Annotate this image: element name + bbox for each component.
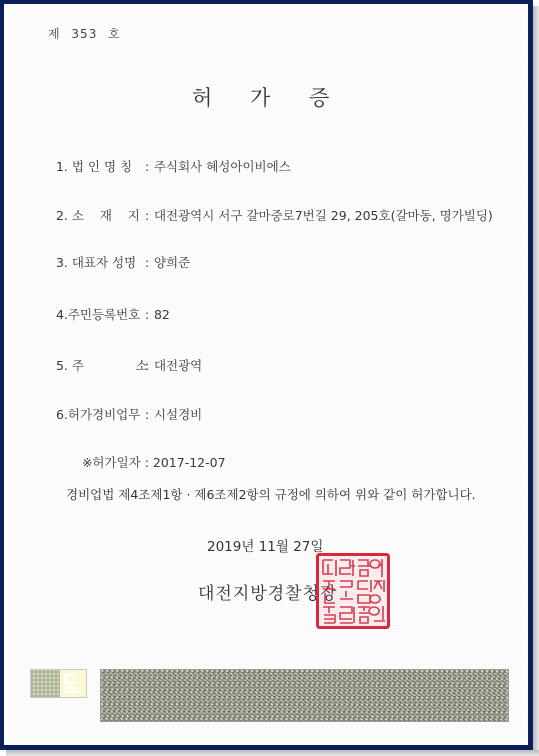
field-label: 1. 법 인 명 칭	[56, 157, 145, 175]
title-char-1: 허	[192, 82, 212, 112]
field-value: 대전광역	[154, 358, 202, 373]
doc-number-prefix: 제	[48, 27, 61, 41]
field-resident-number: 4.주민등록번호:82	[48, 290, 170, 323]
title-char-3: 증	[309, 82, 329, 112]
field-corporate-name: 1. 법 인 명 칭:주식회사 혜성아이비에스	[48, 142, 291, 175]
doc-number-suffix: 호	[108, 27, 121, 41]
document-paper	[8, 8, 523, 740]
document-number: 제 353 호	[48, 25, 121, 42]
permit-date: ※허가일자 : 2017-12-07	[74, 438, 226, 471]
document-frame	[0, 0, 533, 750]
field-label: 2. 소 재 지	[56, 206, 145, 224]
field-colon: :	[145, 159, 154, 174]
field-value: 시설경비	[154, 407, 202, 422]
stamp-glyph-area	[60, 670, 86, 697]
doc-number-value: 353	[71, 27, 97, 41]
frame-shadow-right	[533, 6, 539, 756]
field-value: 대전광역시 서구 갈마중로7번길 29, 205호(갈마동, 명가빌딩)	[154, 208, 493, 223]
field-security-business: 6.허가경비업무:시설경비	[48, 390, 202, 423]
issue-date: 2019년 11월 27일	[207, 535, 323, 555]
field-label: 4.주민등록번호	[56, 305, 145, 323]
permit-date-value: 2017-12-07	[153, 455, 226, 470]
permit-date-label: ※허가일자	[82, 455, 141, 470]
field-colon: :	[145, 255, 154, 270]
stamp-glyph-icon	[60, 670, 86, 697]
field-address: 5. 주 소:대전광역	[48, 341, 202, 374]
title-char-2: 가	[250, 82, 270, 112]
field-value: 82	[154, 307, 170, 322]
field-label: 5. 주 소	[56, 356, 145, 374]
field-representative: 3. 대표자 성명:양희준	[48, 238, 190, 271]
field-colon: :	[145, 358, 154, 373]
security-barcode-pattern	[100, 669, 509, 722]
field-colon: :	[145, 307, 154, 322]
field-value: 주식회사 혜성아이비에스	[154, 159, 291, 174]
field-colon: :	[145, 208, 154, 223]
frame-shadow-bottom	[6, 750, 539, 756]
field-value: 양희준	[154, 255, 190, 270]
document-stamp-box	[30, 669, 87, 698]
field-label: 3. 대표자 성명	[56, 253, 145, 271]
field-colon: :	[145, 407, 154, 422]
stamp-texture	[31, 670, 60, 697]
official-seal-icon	[316, 553, 390, 629]
field-location: 2. 소 재 지:대전광역시 서구 갈마중로7번길 29, 205호(갈마동, …	[48, 191, 493, 224]
field-label: 6.허가경비업무	[56, 405, 145, 423]
legal-notice: 경비업법 제4조제1항 · 제6조제2항의 규정에 의하여 위와 같이 허가합니…	[66, 485, 476, 503]
